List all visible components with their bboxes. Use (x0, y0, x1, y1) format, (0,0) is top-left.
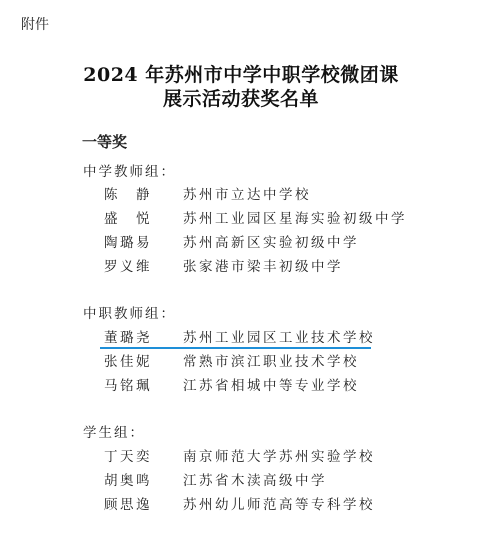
list-item: 盛 悦 苏州工业园区星海实验初级中学 (104, 207, 424, 231)
awardee-name: 胡奥鸣 (104, 469, 152, 489)
prize-level-heading: 一等奖 (82, 131, 127, 152)
awardee-name: 陶璐易 (104, 231, 152, 251)
awardee-name: 罗义维 (104, 255, 152, 275)
list-item: 胡奥鸣 江苏省木渎高级中学 (104, 469, 424, 493)
document-title-line1: 2024 年苏州市中学中职学校微团课 (0, 60, 482, 87)
awardee-name: 马铭珮 (104, 374, 152, 394)
awardee-school: 南京师范大学苏州实验学校 (183, 445, 375, 465)
awardee-name: 张佳妮 (104, 350, 152, 370)
awardee-school: 江苏省相城中等专业学校 (183, 374, 359, 394)
group-label-students: 学生组： (83, 421, 145, 441)
awardee-name: 陈 静 (104, 183, 152, 203)
awardee-name: 盛 悦 (104, 207, 152, 227)
awardee-school: 苏州市立达中学校 (183, 183, 311, 203)
document-title-line2: 展示活动获奖名单 (0, 84, 482, 111)
awardee-school: 常熟市滨江职业技术学校 (183, 350, 359, 370)
list-item: 罗义维 张家港市梁丰初级中学 (104, 255, 424, 279)
awardee-school: 苏州幼儿师范高等专科学校 (183, 493, 375, 513)
awardee-name: 顾思逸 (104, 493, 152, 513)
awardee-school: 苏州工业园区星海实验初级中学 (183, 207, 407, 227)
awardee-school: 苏州高新区实验初级中学 (183, 231, 359, 251)
awardee-name: 丁天奕 (104, 445, 152, 465)
awardee-school: 苏州工业园区工业技术学校 (183, 326, 375, 346)
list-item: 马铭珮 江苏省相城中等专业学校 (104, 374, 424, 398)
list-item: 顾思逸 苏州幼儿师范高等专科学校 (104, 493, 424, 517)
awardee-name: 董璐尧 (104, 326, 152, 346)
list-item: 陈 静 苏州市立达中学校 (104, 183, 424, 207)
list-item: 陶璐易 苏州高新区实验初级中学 (104, 231, 424, 255)
awardee-school: 张家港市梁丰初级中学 (183, 255, 343, 275)
list-item: 张佳妮 常熟市滨江职业技术学校 (104, 350, 424, 374)
group-label-middle-school-teachers: 中学教师组： (83, 160, 176, 180)
list-item-highlighted: 董璐尧 苏州工业园区工业技术学校 (104, 326, 424, 350)
awardee-school: 江苏省木渎高级中学 (183, 469, 327, 489)
list-item: 丁天奕 南京师范大学苏州实验学校 (104, 445, 424, 469)
group-label-vocational-teachers: 中职教师组： (83, 302, 176, 322)
attachment-label: 附件 (21, 14, 49, 34)
